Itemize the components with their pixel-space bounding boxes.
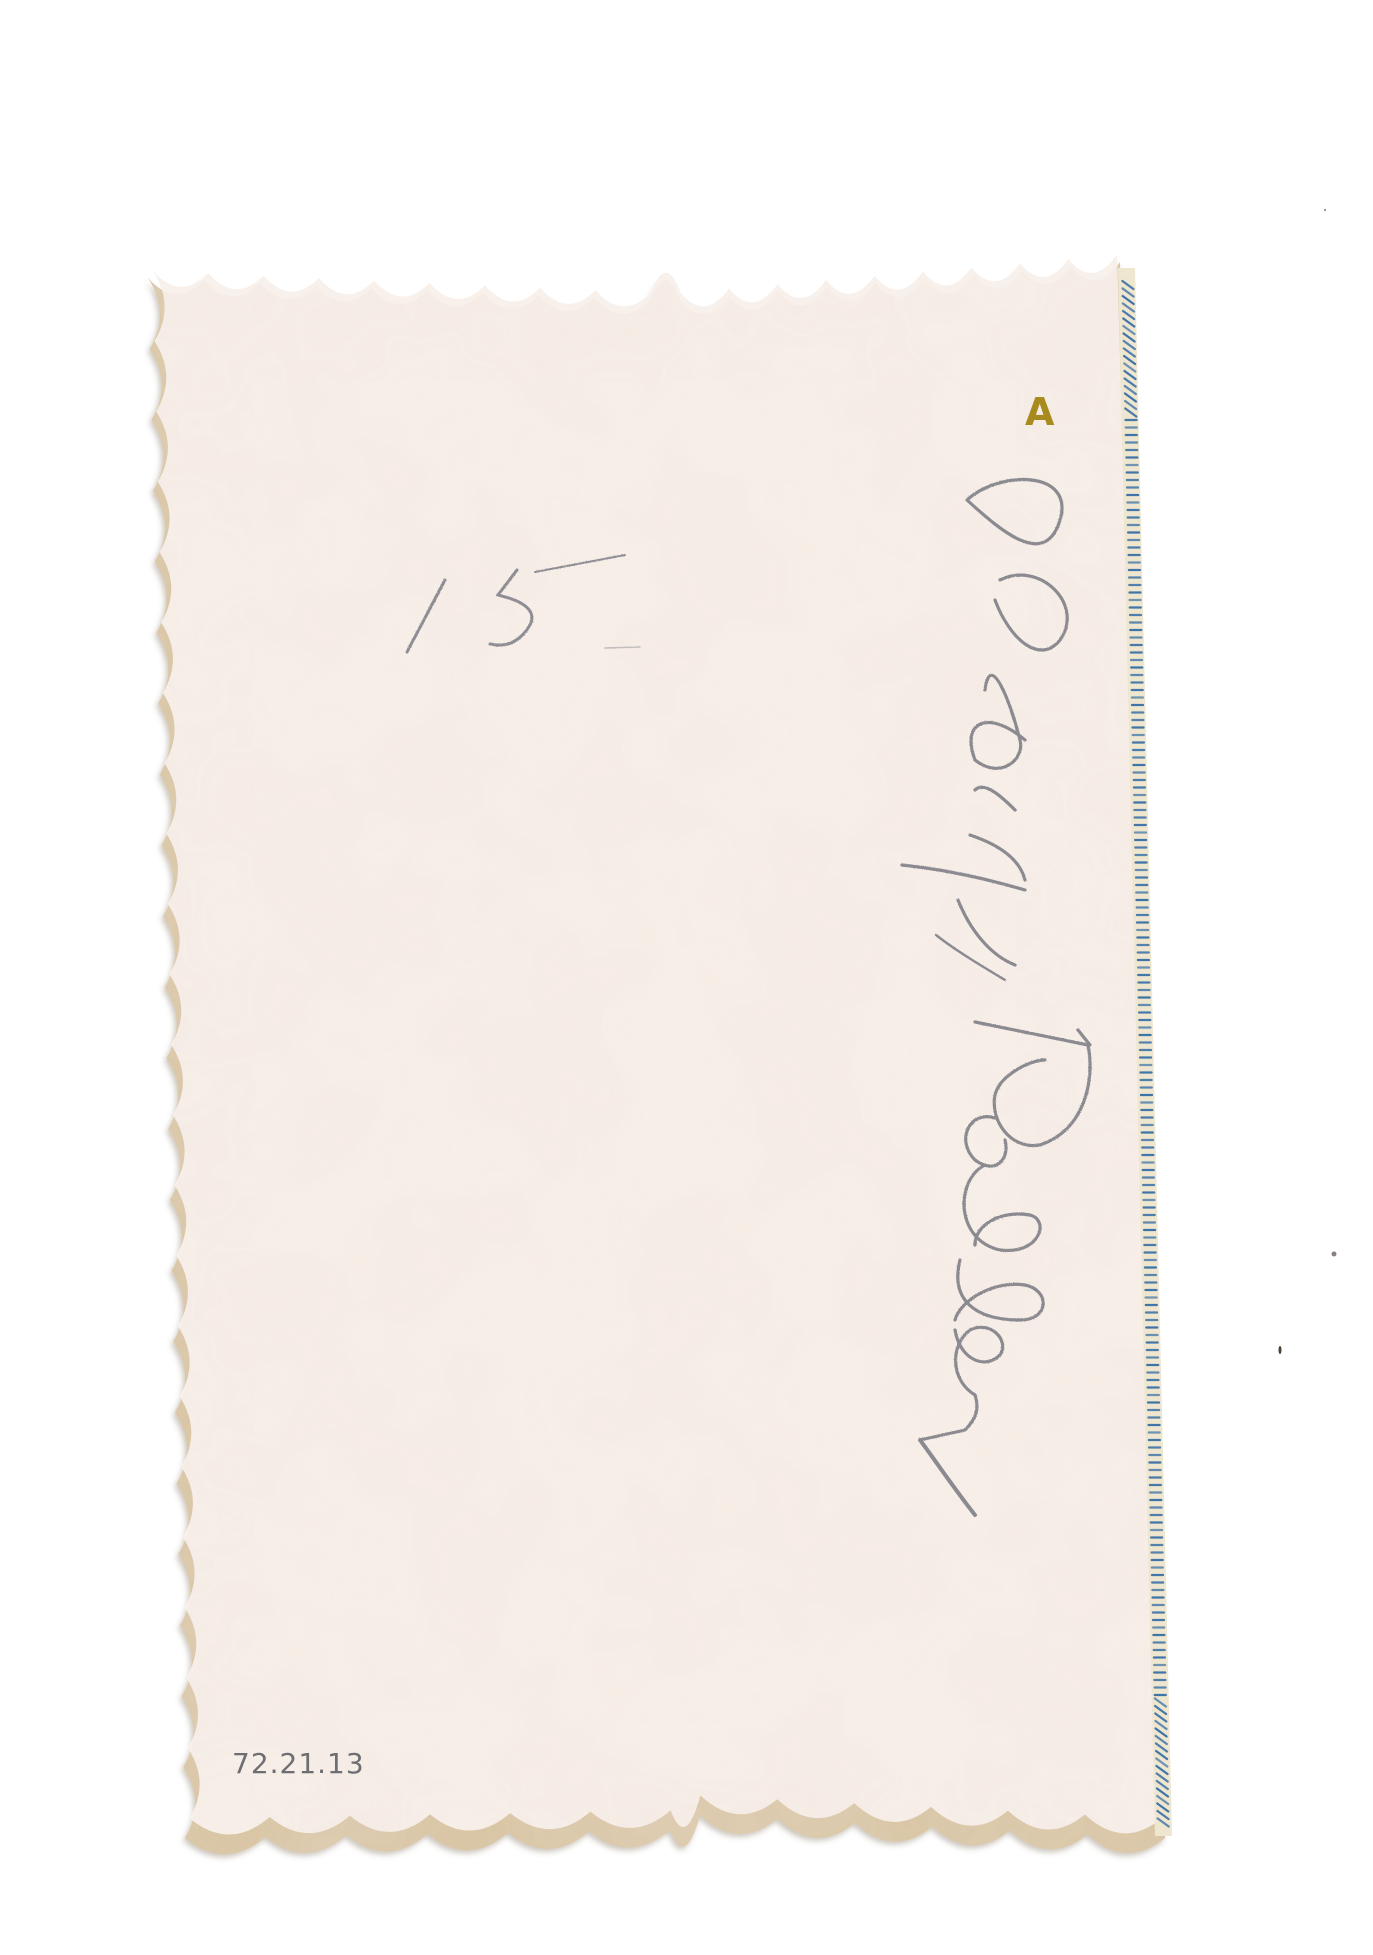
card-scan: A 72.21.13 <box>0 0 1373 1955</box>
speck <box>1332 1252 1337 1257</box>
accession-number: 72.21.13 <box>232 1747 365 1780</box>
speck <box>1279 1346 1282 1354</box>
speck <box>1324 209 1326 211</box>
gold-letter-mark: A <box>1025 390 1055 434</box>
